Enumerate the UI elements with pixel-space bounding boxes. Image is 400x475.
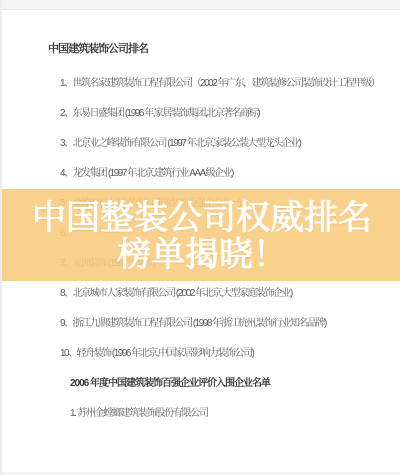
- article-page: { "page": { "background": "#ffffff", "to…: [0, 0, 400, 475]
- ranking-item: 1、世筑名家建筑装饰工程有限公司（2002 年广东，建筑装修公司装饰设计工程甲级…: [60, 74, 390, 104]
- shortlist-heading: 2006 年度中国建筑装饰百强企业评价入围企业名单: [70, 374, 270, 389]
- ranking-item: 2、东易日盛集团 (1996 年,家居装饰集团,北京著名商标): [60, 104, 390, 134]
- ranking-title: 中国建筑装饰公司排名: [48, 40, 148, 56]
- ranking-item: 8、北京城市人家装饰有限公司 (2002 年北京,大型家庭装饰企业): [60, 284, 390, 314]
- ranking-item: 3、北京业之峰装饰有限公司 (1997 年北京,家装公装大型龙头企业): [60, 134, 390, 164]
- top-gray-strip: [2, 0, 400, 10]
- ranking-item: 10、轻舟装饰 (1996 年北京,中国家居影响力装饰公司): [60, 344, 390, 374]
- overlay-title-line2: 榜单揭晓！: [117, 237, 287, 274]
- overlay-banner: 中国整装公司权威排名 榜单揭晓！: [2, 189, 400, 281]
- overlay-title-line1: 中国整装公司权威排名: [32, 200, 372, 237]
- ranking-item: 9、浙江九鼎建筑装饰工程有限公司 (1998 年浙江杭州,装饰行业知名品牌): [60, 314, 390, 344]
- shortlist-item: 1. 苏州金螳螂建筑装饰股份有限公司: [70, 404, 208, 419]
